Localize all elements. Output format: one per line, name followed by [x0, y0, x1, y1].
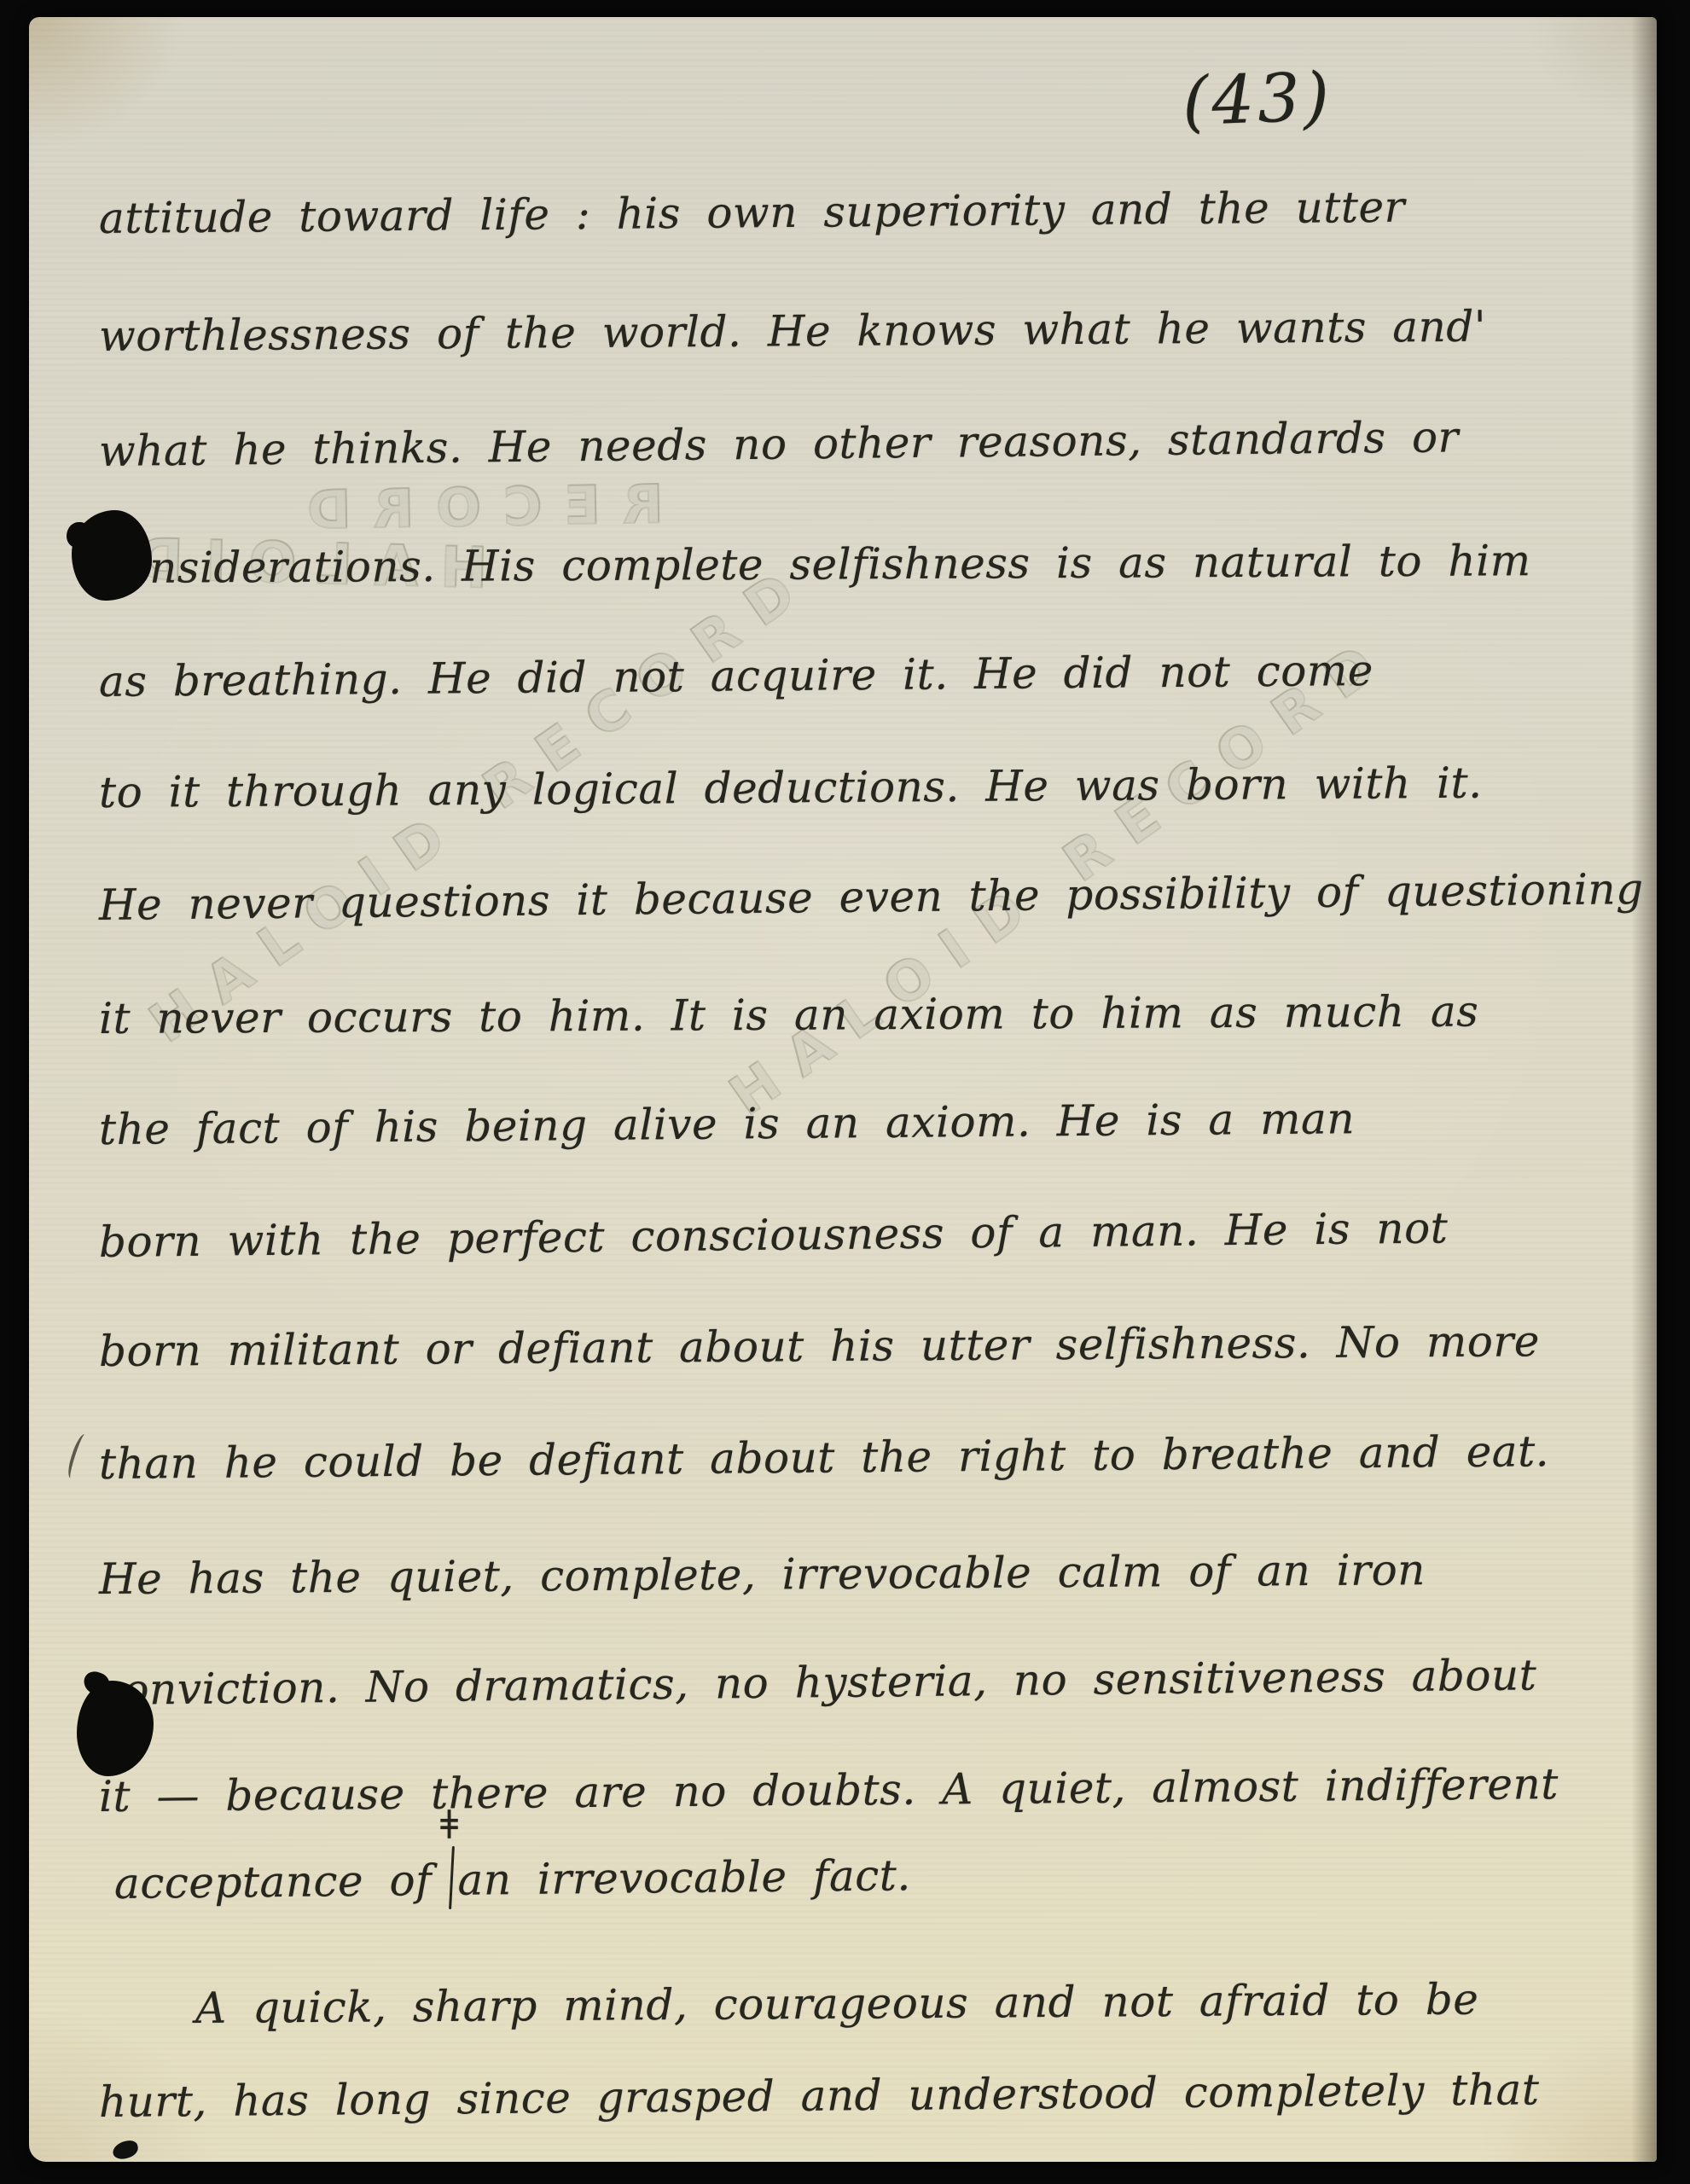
manuscript-line: what he thinks. He needs no other reason…	[99, 398, 1460, 491]
ink-speck	[111, 2139, 140, 2161]
manuscript-line: hurt, has long since grasped and underst…	[99, 2050, 1540, 2141]
stray-pen-mark	[65, 1432, 90, 1480]
manuscript-line: He has the quiet, complete, irrevocable …	[99, 1531, 1426, 1618]
manuscript-line: A quick, sharp mind, courageous and not …	[195, 1960, 1479, 2047]
manuscript-line: as breathing. He did not acquire it. He …	[99, 631, 1374, 721]
manuscript-line: considerations. His complete selfishness…	[99, 521, 1531, 607]
manuscript-line: it — because there are no doubts. A quie…	[99, 1745, 1559, 1836]
manuscript-line: acceptance of an irrevocable fact.	[114, 1836, 912, 1923]
manuscript-line: He never questions it because even the p…	[99, 850, 1644, 944]
handwritten-correction-mark: ǂ	[440, 1802, 458, 1848]
manuscript-line: than he could be defiant about the right…	[99, 1412, 1550, 1503]
manuscript-line: conviction. No dramatics, no hysteria, n…	[99, 1635, 1537, 1729]
manuscript-page: RECORD HALOID HALOID RECORD HALOID RECOR…	[29, 17, 1657, 2162]
manuscript-line: attitude toward life : his own superiori…	[99, 168, 1406, 258]
ink-blot	[72, 510, 152, 601]
manuscript-line: the fact of his being alive is an axiom.…	[99, 1079, 1356, 1169]
manuscript-line: it never occurs to him. It is an axiom t…	[99, 973, 1479, 1058]
manuscript-line: worthlessness of the world. He knows wha…	[99, 288, 1487, 375]
page-number: (43)	[1181, 59, 1333, 141]
manuscript-line: born militant or defiant about his utter…	[99, 1302, 1541, 1391]
manuscript-line: born with the perfect consciousness of a…	[99, 1188, 1449, 1281]
manuscript-line: to it through any logical deductions. He…	[99, 744, 1483, 832]
